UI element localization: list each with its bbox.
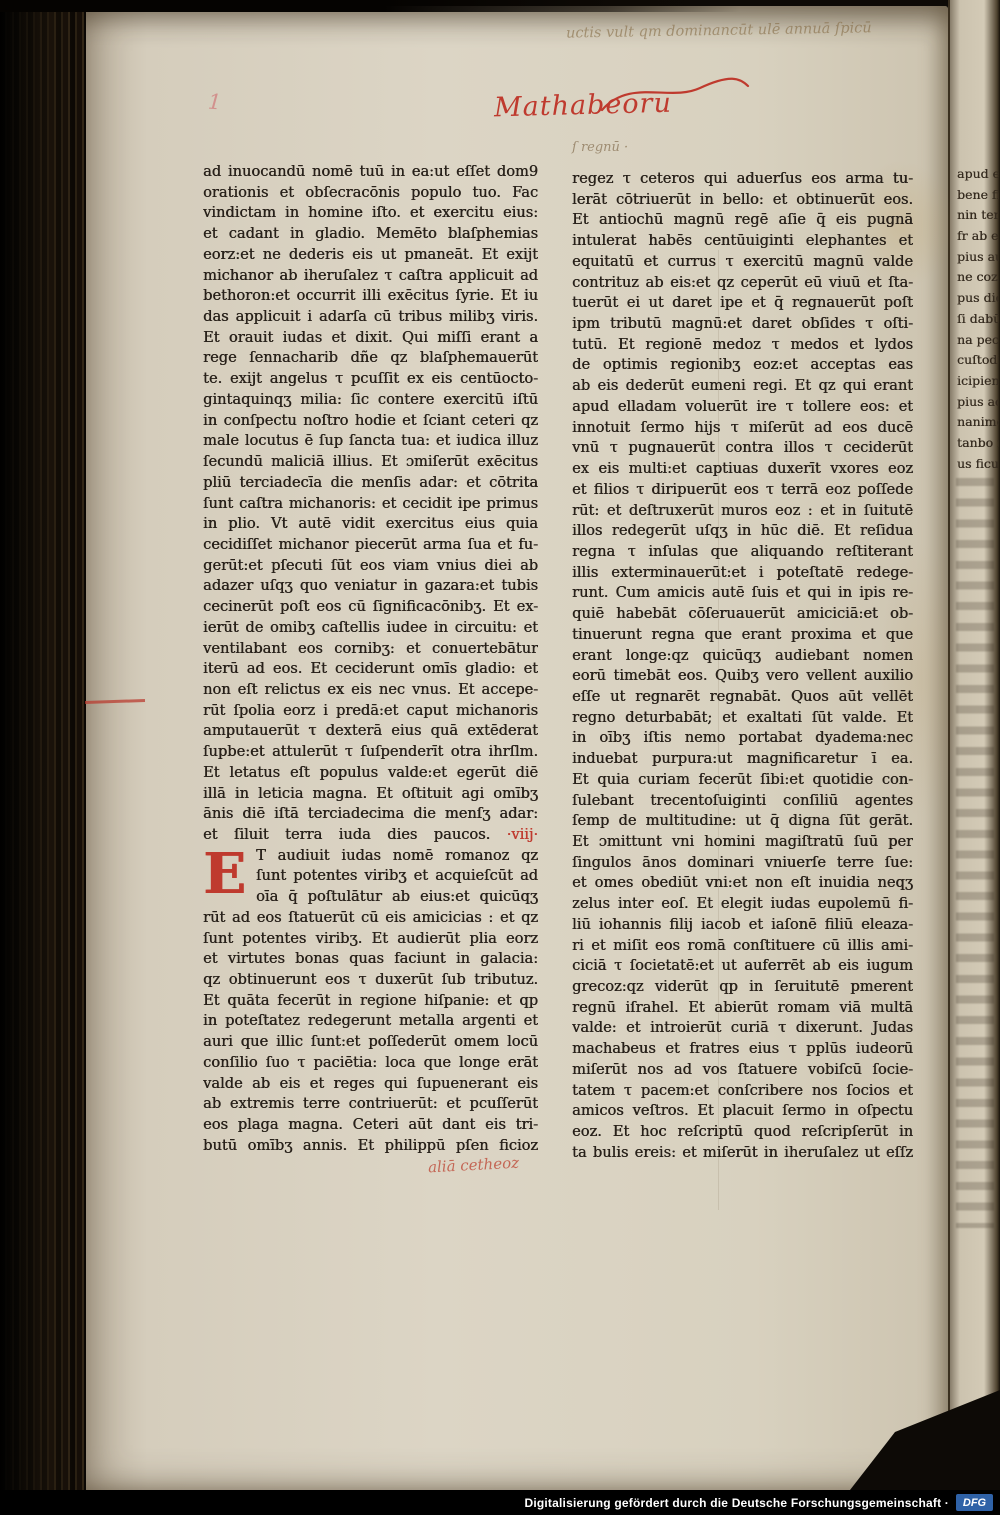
chapter-end-text: et ſiluit terra iuda dies paucos. bbox=[203, 826, 490, 843]
text-line: te. exijt angelus τ pcuſſit ex eis centū… bbox=[203, 369, 538, 390]
text-line: et filios τ diripuerūt eos τ terrā eoz p… bbox=[572, 480, 913, 501]
text-line: grecoz:qz viderūt qp in ſeruitutē pmeren… bbox=[572, 977, 913, 998]
text-line: eorz:et ne dederis eis ut pmaneāt. Et ex… bbox=[203, 245, 538, 266]
chapter-8-block: E T audiuit iudas nomē romanoz qzſunt po… bbox=[203, 846, 538, 1157]
text-line: rūt: et deſtruxerūt muros eoz : et in ſu… bbox=[572, 501, 913, 522]
text-line: Et quāta fecerūt in regione hiſpanie: et… bbox=[203, 991, 538, 1012]
text-line: valde ab eis et reges qui ſupuenerant ei… bbox=[203, 1074, 538, 1095]
text-line: et virtutes bonas quas faciunt in galaci… bbox=[203, 949, 538, 970]
text-line: ſunt potentes viribʒ. Et audierūt plia e… bbox=[203, 929, 538, 950]
edge-text-fragment: pius acci bbox=[957, 394, 999, 415]
text-line: tatem τ pacem:et conſcribere nos ſocios … bbox=[572, 1081, 913, 1102]
adjacent-page-text: apud eosbene fit rnin terrafr ab eis.piu… bbox=[957, 166, 999, 476]
rubric-flourish-icon bbox=[600, 74, 750, 114]
text-line: machabeus et fratres eius τ pplūs iudeor… bbox=[572, 1039, 913, 1060]
edge-text-fragment: pus dicta bbox=[957, 290, 999, 311]
text-line: T audiuit iudas nomē romanoz qz bbox=[256, 846, 538, 867]
text-line: regno deturbabāt; et exaltati ſūt valde.… bbox=[572, 708, 913, 729]
text-line: ex eis multi:et captiuas duxerīt vxores … bbox=[572, 459, 913, 480]
text-line: regez τ ceteros qui aduerſus eos arma tu… bbox=[572, 169, 913, 190]
text-line: ta bulis ereis: et miſerūt in iheruſalez… bbox=[572, 1143, 913, 1164]
dfg-logo: DFG bbox=[956, 1494, 993, 1511]
margin-mark: 1 bbox=[207, 90, 222, 115]
text-line: ab extremis terre contriuerūt: et pcuſſe… bbox=[203, 1094, 538, 1115]
text-line: rege ſennacharib dñe qz blaſphemauerūt bbox=[203, 348, 538, 369]
chapter-number: ·viij· bbox=[507, 826, 538, 843]
text-line: adazer uſqʒ quo veniatur in gazara:et tu… bbox=[203, 576, 538, 597]
text-line: eoz. Et hoc reſcriptū quod reſcripſerūt … bbox=[572, 1122, 913, 1143]
edge-text-fragment: pius aur bbox=[957, 249, 999, 270]
text-line: auri que illic ſunt:et poſſederūt omem l… bbox=[203, 1032, 538, 1053]
text-line: lerāt cōtriuerūt in bello: et obtinuerūt… bbox=[572, 190, 913, 211]
text-line: illis exterminauerūt:et i poteſtatē rede… bbox=[572, 563, 913, 584]
text-line: in conſpectu noſtro hodie et ſciant cete… bbox=[203, 411, 538, 432]
text-line: pliū terciadecīa die menſis adar: et cōt… bbox=[203, 473, 538, 494]
text-line: zelus inter eoſ. Et elegit iudas eupolem… bbox=[572, 894, 913, 915]
text-line: ierūt de omibʒ caſtellis iudee in circui… bbox=[203, 618, 538, 639]
right-column-lines: regez τ ceteros qui aduerſus eos arma tu… bbox=[572, 169, 913, 1164]
text-line: gintaquinqʒ milia: ſic contere exercitū … bbox=[203, 390, 538, 411]
text-line: ventilabant eos cornibʒ: et conuertebātu… bbox=[203, 639, 538, 660]
text-line: oīa q̄ poſtulātur ab eius:et quicūqʒ acc… bbox=[256, 887, 538, 908]
text-line: conſilio ſuo τ paciētia: loca que longe … bbox=[203, 1053, 538, 1074]
text-line: in plio. Vt autē vidit exercitus eius qu… bbox=[203, 514, 538, 535]
edge-text-fragment: ne coz:au bbox=[957, 269, 999, 290]
text-line: ſunt caſtra michanoris: et cecidit ipe p… bbox=[203, 494, 538, 515]
manuscript-scan: apud eosbene fit rnin terrafr ab eis.piu… bbox=[0, 0, 1000, 1515]
text-line: ſecundū maliciā illius. Et ɔmiſerūt exēc… bbox=[203, 452, 538, 473]
text-line: ſemp de multitudine: ut q̄ digna ſūt ger… bbox=[572, 811, 913, 832]
edge-text-fragment: us ficu bbox=[957, 456, 999, 477]
text-line: erant longe:qz quicūqʒ audiebant nomen bbox=[572, 646, 913, 667]
text-line: Et orauit iudas et dixit. Qui miſſi eran… bbox=[203, 328, 538, 349]
text-line: tinuerunt regna que erant proxima et que bbox=[572, 625, 913, 646]
text-line: orationis et obſecracōnis populo tuo. Fa… bbox=[203, 183, 538, 204]
text-line: ſulebant trecentoſuiginti conſiliū agent… bbox=[572, 791, 913, 812]
edge-text-fragment: nanimo p bbox=[957, 414, 999, 435]
text-line: ſupbe:et attulerūt τ ſuſpenderīt otra ih… bbox=[203, 742, 538, 763]
text-line: male locutus ē ſup ſancta tua: et iudica… bbox=[203, 431, 538, 452]
right-text-column: regez τ ceteros qui aduerſus eos arma tu… bbox=[572, 169, 913, 1164]
text-line: quiē habebāt cōſeruauerūt amiciciā:et ob… bbox=[572, 604, 913, 625]
text-line: intulerat habēs centūuiginti elephantes … bbox=[572, 231, 913, 252]
edge-text-fragment: cuſtodie bbox=[957, 352, 999, 373]
header-annotation: ſ regnū · bbox=[572, 140, 628, 155]
edge-text-fragment: apud eos bbox=[957, 166, 999, 187]
text-line: ipm tributū magnū:et daret obſides τ oſt… bbox=[572, 314, 913, 335]
text-line: Et quia curiam fecerūt ſibi:et quotidie … bbox=[572, 770, 913, 791]
text-line: ciciā τ ſocietatē:et ut auferrēt ab eis … bbox=[572, 956, 913, 977]
text-line: miſerūt nos ad vos ſtatuere vobiſcū ſoci… bbox=[572, 1060, 913, 1081]
text-line: bethoron:et occurrit illi exēcitus ſyrie… bbox=[203, 286, 538, 307]
text-line: butū omībʒ annis. Et philippū pſen ficio… bbox=[203, 1136, 538, 1157]
footer-bar: Digitalisierung gefördert durch die Deut… bbox=[0, 1490, 1000, 1515]
text-line: iterū ad eos. Et ceciderunt omīs gladio:… bbox=[203, 659, 538, 680]
text-line: eos plaga magna. Ceteri aūt dant eis tri… bbox=[203, 1115, 538, 1136]
text-line: ſunt potentes viribʒ et acquieſcūt ad bbox=[256, 866, 538, 887]
text-line: amicos veſtros. Et placuit ſermo in oſpe… bbox=[572, 1101, 913, 1122]
text-line: michanor ab iheruſalez τ caſtra applicui… bbox=[203, 266, 538, 287]
text-line: illos redegerūt uſqʒ in hūc diē. Et reſi… bbox=[572, 521, 913, 542]
text-line: contrituz ab eis:et qz ceperūt eū viuū e… bbox=[572, 273, 913, 294]
text-line: equitatū et currus τ exercitū magnū vald… bbox=[572, 252, 913, 273]
text-line: Et letatus eſt populus valde:et egerūt d… bbox=[203, 763, 538, 784]
text-line: non eſt relictus ex eis nec vnus. Et acc… bbox=[203, 680, 538, 701]
text-line: gerūt:et pſecuti ſūt eos viam vnius diei… bbox=[203, 556, 538, 577]
text-line: rūt ſpolia eorz i predā:et caput michano… bbox=[203, 701, 538, 722]
text-line: de optimis regionibʒ eoz:et acceptas eas bbox=[572, 355, 913, 376]
text-line: vindictam in homine iſto. et exercitu ei… bbox=[203, 203, 538, 224]
text-line: das applicuit i adarſa cū tribus milibʒ … bbox=[203, 307, 538, 328]
text-line: ānis diē iſtā terciadecima die menſʒ ada… bbox=[203, 804, 538, 825]
edge-text-fragment: icipientes bbox=[957, 373, 999, 394]
text-line: cecidiſſet michanor piecerūt arma ſua et… bbox=[203, 535, 538, 556]
text-line: liū iohannis filij iacob et iaſonē filiū… bbox=[572, 915, 913, 936]
chapter-8-lines: oīa q̄ poſtulātur ab eius:et quicūqʒ acc… bbox=[203, 887, 538, 1156]
text-line: apud elladam voluerūt ire τ tollere eos:… bbox=[572, 397, 913, 418]
text-line: in oībʒ iſtis nemo portabat dyadema:nec bbox=[572, 728, 913, 749]
text-line: Et antiochū magnū regē aſie q̄ eis pugnā bbox=[572, 210, 913, 231]
edge-text-fragment: fr ab eis. bbox=[957, 228, 999, 249]
text-line: eſſe ut regnarēt regnabāt. Quos aūt vell… bbox=[572, 687, 913, 708]
text-line: innotuit ſermo hijs τ miſerūt ad eos duc… bbox=[572, 418, 913, 439]
text-line: induebat purpura:ut magnificaretur ī ea. bbox=[572, 749, 913, 770]
initial-wrapped-lines: T audiuit iudas nomē romanoz qzſunt pote… bbox=[203, 846, 538, 887]
text-line: regna τ inſulas que aliquando reſtiteran… bbox=[572, 542, 913, 563]
text-line: eorū timebāt eos. Quibʒ vero vellent aux… bbox=[572, 666, 913, 687]
left-column-lines: ad inuocandū nomē tuū in ea:ut eſſet dom… bbox=[203, 162, 538, 825]
text-line: ab eis dederūt eumeni regi. Et qz qui er… bbox=[572, 376, 913, 397]
edge-text-fragment: ſi dabūt n bbox=[957, 311, 999, 332]
text-line: cecinerūt poſt eos cū ſignificacōnibʒ. E… bbox=[203, 597, 538, 618]
text-line: ad inuocandū nomē tuū in ea:ut eſſet dom… bbox=[203, 162, 538, 183]
text-line: tutū. Et regionē medoz τ medos et lydos bbox=[572, 335, 913, 356]
digitization-credit: Digitalisierung gefördert durch die Deut… bbox=[524, 1496, 949, 1510]
text-line: tuerūt ei ut daret ipe et q̄ regnauerūt … bbox=[572, 293, 913, 314]
edge-text-fragment: bene fit r bbox=[957, 187, 999, 208]
book-spine bbox=[0, 0, 86, 1490]
text-line: ſingulos ānos dominari vniuerſe terre ſu… bbox=[572, 853, 913, 874]
text-line: regnū iſrahel. Et abierūt romam viā mult… bbox=[572, 998, 913, 1019]
text-line: Et ɔmittunt vni homini magiſtratū ſuū pe… bbox=[572, 832, 913, 853]
edge-text-fragment: tanbo no bbox=[957, 435, 999, 456]
chapter-end-line: et ſiluit terra iuda dies paucos. ·viij· bbox=[203, 825, 538, 846]
text-line: illā in leticia magna. Et oſtituit agi o… bbox=[203, 784, 538, 805]
text-line: amputauerūt τ dexterā eius quā extēderat bbox=[203, 721, 538, 742]
edge-text-fragment: nin terra bbox=[957, 207, 999, 228]
text-line: et cadant in gladio. Memēto blaſphemias bbox=[203, 224, 538, 245]
text-line: valde: et introierūt curiā τ dixerunt. J… bbox=[572, 1018, 913, 1039]
text-line: runt. Cum amicis autē ſuis et qui in ipi… bbox=[572, 583, 913, 604]
text-line: in poteſtatez redegerunt metalla argenti… bbox=[203, 1011, 538, 1032]
text-line: vnū τ pugnauerūt contra illos τ ceciderū… bbox=[572, 438, 913, 459]
book-top-edge bbox=[0, 0, 740, 12]
text-line: rūt ad eos ſtatuerūt cū eis amicicias : … bbox=[203, 908, 538, 929]
rubricated-initial: E bbox=[203, 849, 251, 890]
left-text-column: ad inuocandū nomē tuū in ea:ut eſſet dom… bbox=[203, 162, 538, 1157]
text-line: qz obtinuerunt eos τ duxerūt ſub tributu… bbox=[203, 970, 538, 991]
edge-text-fragment: na pecunia bbox=[957, 332, 999, 353]
text-line: et omes obediūt vni:et non eſt inuidia n… bbox=[572, 873, 913, 894]
text-line: ri et miſit eos romā conſtituere cū illi… bbox=[572, 936, 913, 957]
